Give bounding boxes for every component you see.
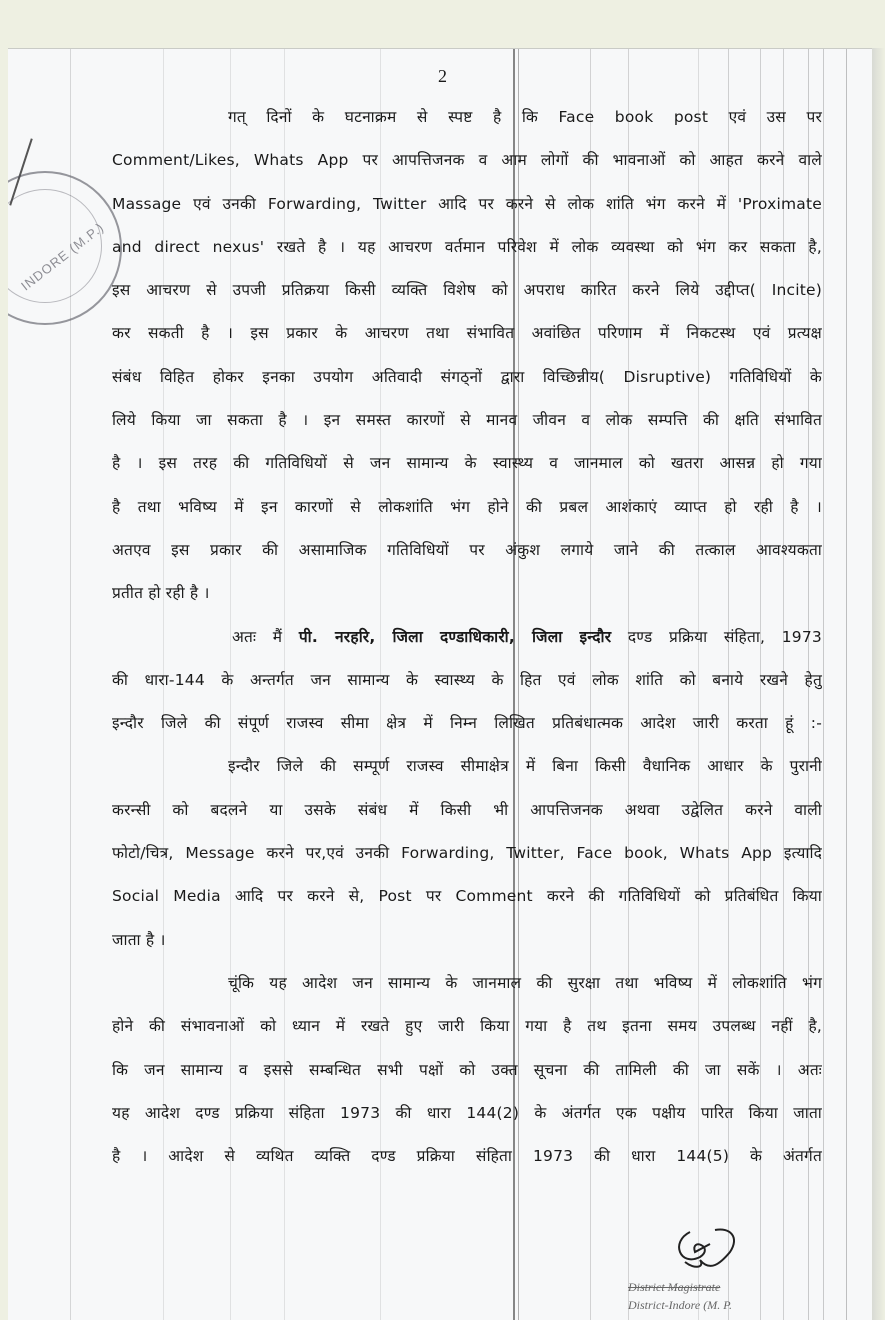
text-line: है । इस तरह की गतिविधियों से जन सामान्य …	[112, 442, 822, 485]
text-line: इन्दौर जिले की सम्पूर्ण राजस्व सीमाक्षेत…	[112, 745, 822, 788]
document-body: गत् दिनों के घटनाक्रम से स्पष्ट है कि Fa…	[112, 96, 822, 1178]
text-line: करन्सी को बदलने या उसके संबंध में किसी भ…	[112, 789, 822, 832]
text-line: Massage एवं उनकी Forwarding, Twitter आदि…	[112, 183, 822, 226]
text-line: फोटो/चित्र, Message करने पर,एवं उनकी For…	[112, 832, 822, 875]
text-line: इन्दौर जिले की संपूर्ण राजस्व सीमा क्षेत…	[112, 702, 822, 745]
text-line: अतएव इस प्रकार की असामाजिक गतिविधियों पर…	[112, 529, 822, 572]
text-line: Comment/Likes, Whats App पर आपत्तिजनक व …	[112, 139, 822, 182]
paragraph-1: गत् दिनों के घटनाक्रम से स्पष्ट है कि Fa…	[112, 96, 822, 616]
text-line: Social Media आदि पर करने से, Post पर Com…	[112, 875, 822, 918]
text-line: होने की संभावनाओं को ध्यान में रखते हुए …	[112, 1005, 822, 1048]
text-line: इस आचरण से उपजी प्रतिक्रया किसी व्यक्ति …	[112, 269, 822, 312]
lead-text: अतः मैं	[232, 628, 299, 646]
text-line: गत् दिनों के घटनाक्रम से स्पष्ट है कि Fa…	[112, 96, 822, 139]
signature-district: District-Indore (M. P.	[628, 1298, 732, 1313]
text-line: है तथा भविष्य में इन कारणों से लोकशांति …	[112, 486, 822, 529]
text-line: प्रतीत हो रही है ।	[112, 572, 822, 615]
paragraph-2-lead: अतः मैं पी. नरहरि, जिला दण्डाधिकारी, जिल…	[112, 616, 822, 659]
text-line: की धारा-144 के अन्तर्गत जन सामान्य के स्…	[112, 659, 822, 702]
text-line: लिये किया जा सकता है । इन समस्त कारणों स…	[112, 399, 822, 442]
text-line: यह आदेश दण्ड प्रक्रिया संहिता 1973 की धा…	[112, 1092, 822, 1135]
signature	[660, 1222, 760, 1282]
text-line: चूंकि यह आदेश जन सामान्य के जानमाल की सु…	[112, 962, 822, 1005]
text-line: है । आदेश से व्यथित व्यक्ति दण्ड प्रक्रि…	[112, 1135, 822, 1178]
signature-title: District Magistrate	[628, 1280, 720, 1295]
text-line: and direct nexus' रखते है । यह आचरण वर्त…	[112, 226, 822, 269]
lead-text-rest: दण्ड प्रक्रिया संहिता, 1973	[611, 628, 822, 646]
text-line: कि जन सामान्य व इससे सम्बन्धित सभी पक्षो…	[112, 1049, 822, 1092]
text-line: कर सकती है । इस प्रकार के आचरण तथा संभाव…	[112, 312, 822, 355]
paragraph-4: चूंकि यह आदेश जन सामान्य के जानमाल की सु…	[112, 962, 822, 1178]
page-number: 2	[0, 66, 885, 87]
text-line: संबंध विहित होकर इनका उपयोग अतिवादी संगठ…	[112, 356, 822, 399]
paragraph-2: अतः मैं पी. नरहरि, जिला दण्डाधिकारी, जिल…	[112, 616, 822, 746]
page-edge	[872, 48, 885, 1320]
magistrate-name: पी. नरहरि, जिला दण्डाधिकारी, जिला इन्दौर	[299, 628, 611, 646]
text-line: जाता है ।	[112, 919, 822, 962]
paragraph-3: इन्दौर जिले की सम्पूर्ण राजस्व सीमाक्षेत…	[112, 745, 822, 961]
